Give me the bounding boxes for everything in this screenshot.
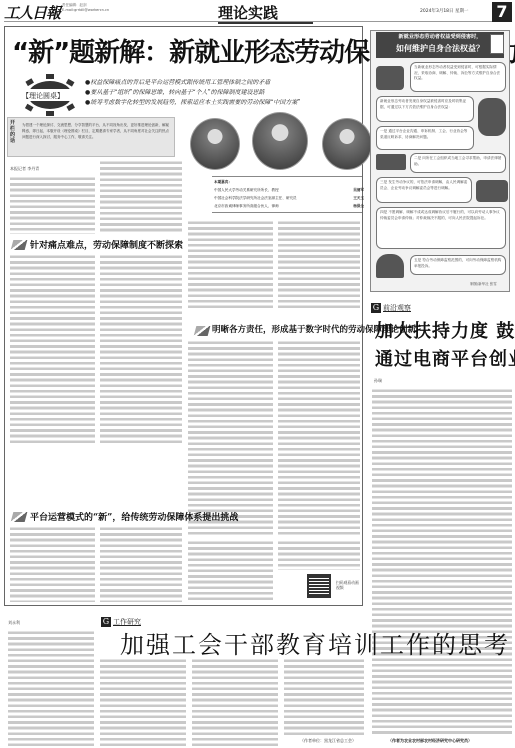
info-step: 当新就业形态劳动者权益受到侵害时，可根据实际情况，采取协商、调解、仲裁、诉讼等方… (410, 62, 506, 92)
byline: 本报记者 李丹青 (10, 166, 39, 172)
info-step: 二是 向所在工会组织或当地工会寻求帮助，申请法律援助。 (410, 153, 506, 173)
column-badge: 【理论圆桌】 (22, 91, 64, 101)
expert-row: 中国人民大学劳动关系研究所所长、教授 吴清军 (214, 186, 364, 194)
right-headline-line2: 通过电商平台创业就业 (375, 346, 515, 374)
section-title: 理论实践 (218, 2, 278, 23)
newspaper-logo: 工人日報 (4, 2, 60, 23)
subhead: 针对痛点难点，劳动保障制度不断探索 (30, 238, 183, 251)
right-footnote: （作者为农业农村部农村经济研究中心研究员） (388, 738, 472, 744)
bottom-body-text (192, 658, 278, 746)
bottom-headline[interactable]: 加强工会干部教育培训工作的思考 (120, 625, 510, 660)
intro-tag: 开栏的话 (10, 120, 18, 144)
qr-caption: 扫码观看动画视频 (336, 580, 362, 590)
editor-email: E-mail:grrblll@workercn.cn (62, 8, 109, 13)
subhead-icon (194, 326, 211, 336)
body-text (278, 340, 360, 535)
bottom-body-text (100, 658, 186, 746)
expert-row: 北京市致诚律师事务所高级合伙人、律师 杨保全 (214, 202, 364, 210)
page-number: 7 (492, 2, 512, 22)
info-step: 三是 发生劳动争议的，可依法申请调解，由人民调解委员会、企业劳动争议调解委员会等… (376, 177, 472, 203)
info-step: 新就业形态劳动者发现自身权益被侵害时应及时收集证据，可通过以下方式依法维护自身合… (376, 96, 474, 122)
union-icon (376, 154, 406, 170)
column-label-frontier: G前沿观察 (371, 297, 411, 316)
experts-panel: 本期嘉宾： 中国人民大学劳动关系研究所所长、教授 吴清军 中国社会科学院法学研究… (214, 178, 364, 210)
expert-affiliation: 中国人民大学劳动关系研究所所长、教授 (214, 186, 279, 194)
section-underline (218, 22, 313, 24)
expert-photo-3 (322, 118, 372, 170)
expert-name: 吴清军 (353, 186, 364, 194)
right-body-text (372, 388, 512, 734)
subhead-icon (11, 512, 28, 522)
body-text (278, 220, 360, 310)
body-text (10, 176, 95, 234)
issue-date: 2024年3月18日 星期一 (420, 8, 468, 14)
body-text (188, 540, 273, 602)
column-label: 前沿观察 (383, 304, 411, 312)
meeting-icon (476, 180, 508, 202)
expert-name: 王天玉 (353, 194, 364, 202)
infographic-title-line2: 如何维护自身合法权益？ (376, 42, 504, 56)
section-badge-icon: G (101, 617, 111, 627)
divider (212, 176, 362, 177)
body-text (10, 526, 95, 602)
divider (212, 212, 362, 213)
info-step: 一是 通过平台企业沟通、申诉机制、工会、行业协会等渠道反映诉求、协商解决问题。 (376, 126, 474, 150)
infographic-title-line1: 新就业形态劳动者权益受到侵害时， (376, 32, 504, 42)
subhead: 平台运营模式的“新”，给传统劳动保障体系提出挑战 (30, 510, 238, 523)
right-headline-line1: 加大扶持力度 鼓励青年人 (375, 318, 515, 346)
infographic-title: 新就业形态劳动者权益受到侵害时， 如何维护自身合法权益？ (376, 32, 504, 58)
bottom-body-text (284, 658, 364, 736)
body-text (188, 220, 273, 310)
bottom-footnote: （作者单位：黑龙江省总工会） (300, 738, 356, 744)
right-byline: 孙瑞 (374, 378, 382, 384)
expert-affiliation: 北京市致诚律师事务所高级合伙人、律师 (214, 202, 279, 210)
section-badge-icon: G (371, 303, 381, 313)
officer-icon (376, 254, 404, 278)
document-icon (490, 34, 504, 54)
expert-name: 杨保全 (353, 202, 364, 210)
person-figure-icon (376, 66, 404, 90)
right-headline[interactable]: 加大扶持力度 鼓励青年人 通过电商平台创业就业 (375, 318, 515, 374)
subhead-icon (11, 240, 28, 250)
body-text (278, 540, 360, 570)
body-text (100, 254, 182, 446)
bottom-byline: 刘永利 (8, 620, 20, 626)
key-point: ●权益保障痛点的背后是平台运营模式跟传统用工管理体制之间的矛盾 (85, 78, 300, 88)
key-point: ●要从基于“组织”的保障思维，转向基于“个人”的保障制度建设思路 (85, 88, 300, 98)
intro-text: 为搭建一个理论探讨、交流思想、分享智慧的平台，从不同视角出发，更好推进理论创新，… (22, 122, 172, 140)
info-step: 四是 不愿调解、调解不成或达成调解协议后不履行的，可以向劳动人事争议仲裁委员会申… (376, 207, 506, 249)
expert-photo-1 (190, 118, 240, 170)
bottom-body-text (8, 630, 94, 746)
bottom-divider (4, 610, 363, 611)
experts-label: 本期嘉宾： (214, 178, 364, 186)
body-text (100, 526, 182, 602)
key-point: ●统筹考虑数字化转型的发展趋势，探索适应本土实践需要的劳动保障“中国方案” (85, 98, 300, 108)
expert-photo-2 (252, 112, 308, 170)
qr-code[interactable] (307, 574, 331, 598)
infographic-credit: 制图/新华社 张雪 (470, 282, 497, 287)
body-text (100, 160, 182, 234)
body-text (188, 340, 273, 535)
expert-row: 中国社会科学院法学研究所社会法室副主任、研究员 王天玉 (214, 194, 364, 202)
expert-affiliation: 中国社会科学院法学研究所社会法室副主任、研究员 (214, 194, 297, 202)
editor-info: 责任编辑：赵剑 E-mail:grrblll@workercn.cn (62, 3, 109, 13)
body-text (10, 254, 95, 446)
info-step: 五是 符合劳动保障监察范围的，可向劳动保障监察机构举报投诉。 (410, 255, 506, 275)
lawyer-scales-icon (478, 98, 506, 136)
key-points: ●权益保障痛点的背后是平台运营模式跟传统用工管理体制之间的矛盾 ●要从基于“组织… (85, 78, 300, 108)
